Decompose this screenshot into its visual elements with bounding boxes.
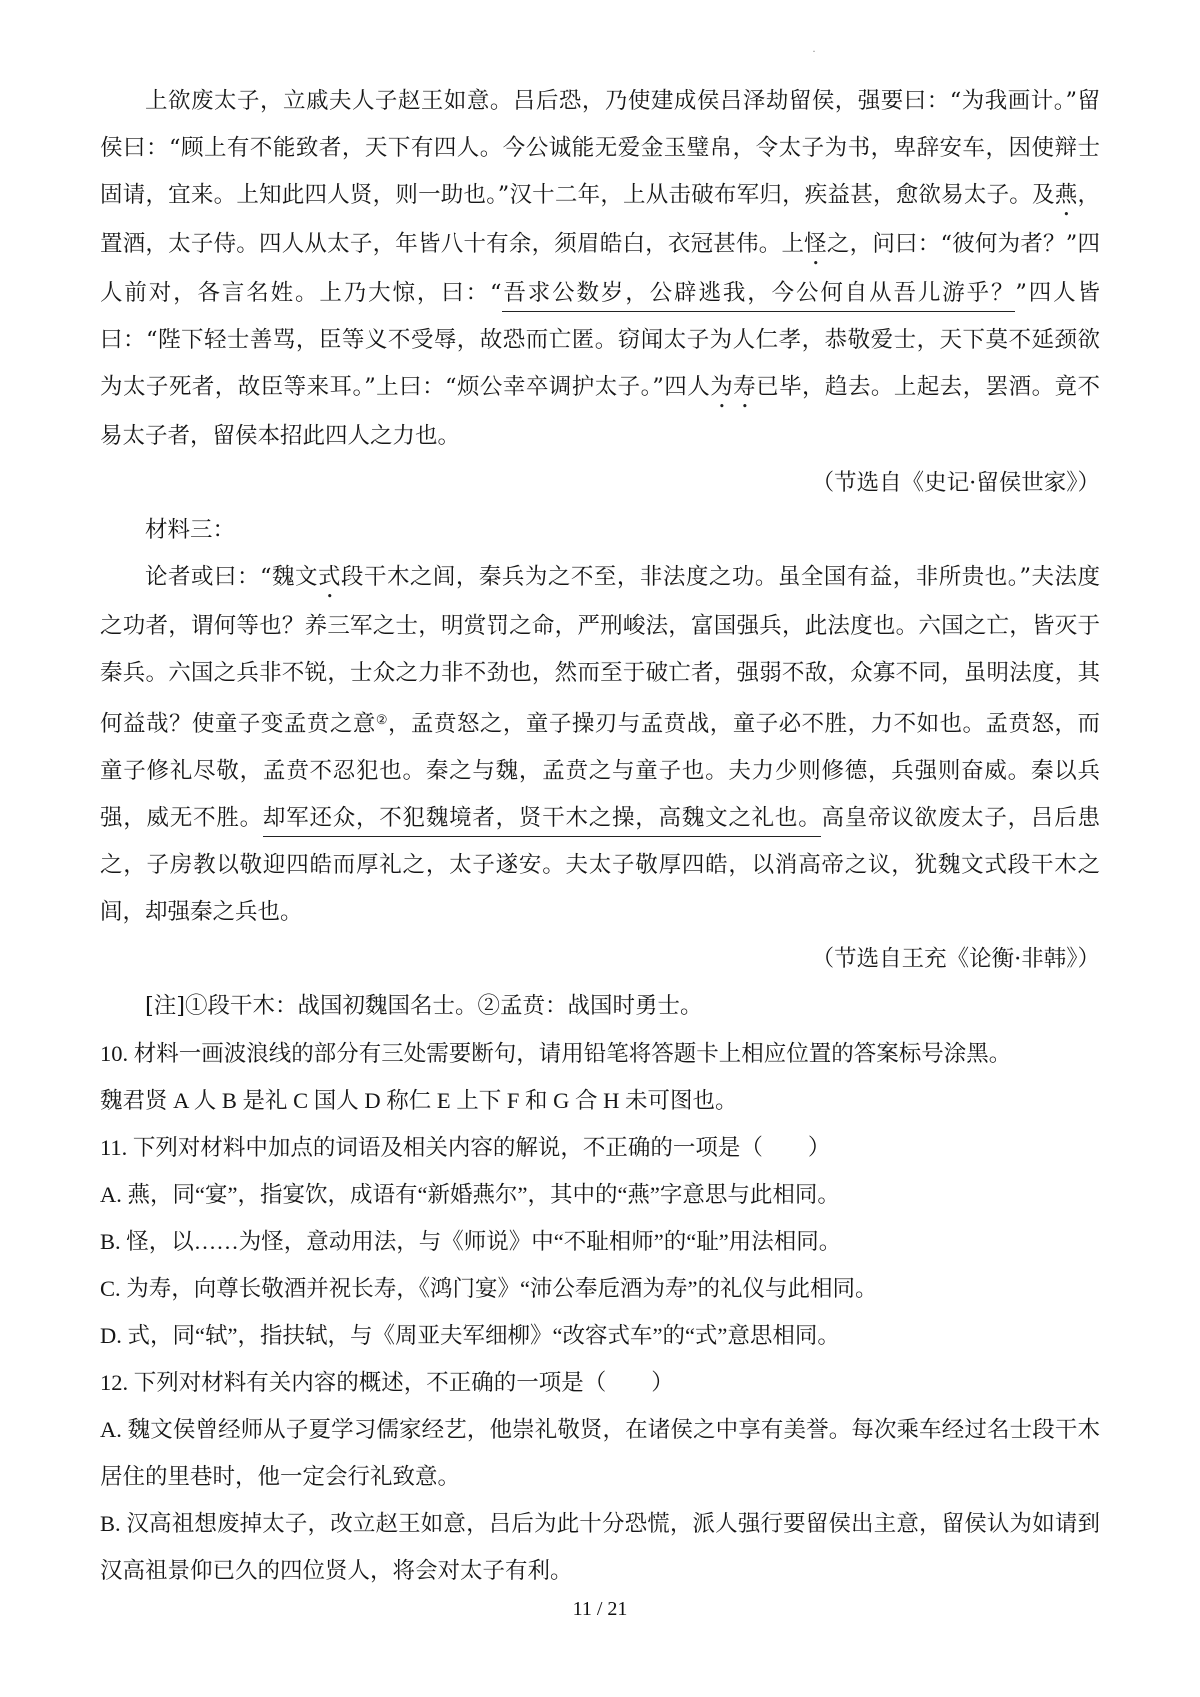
text-run: A. 魏文侯曾经师从子夏学习儒家经艺，他崇礼敬贤，在诸侯之中享有美誉。每次乘车经… [100, 1417, 1100, 1489]
exam-page: · 上欲废太子，立戚夫人子赵王如意。吕后恐，乃使建成侯吕泽劫留侯，强要曰：“为我… [0, 0, 1200, 1697]
emphasized-word: 式 [318, 564, 341, 590]
option-line: B. 怪，以……为怪，意动用法，与《师说》中“不耻相师”的“耻”用法相同。 [100, 1218, 1100, 1265]
option-line: A. 魏文侯曾经师从子夏学习儒家经艺，他崇礼敬贤，在诸侯之中享有美誉。每次乘车经… [100, 1406, 1100, 1500]
material-heading: 材料三： [100, 507, 1100, 554]
passage-paragraph: 论者或曰：“魏文式段干木之闾，秦兵为之不至，非法度之功。虽全国有益，非所贵也。”… [100, 554, 1100, 936]
option-line: A. 燕，同“宴”，指宴饮，成语有“新婚燕尔”，其中的“燕”字意思与此相同。 [100, 1171, 1100, 1218]
text-run: B. 汉高祖想废掉太子，改立赵王如意，吕后为此十分恐慌，派人强行要留侯出主意，留… [100, 1511, 1100, 1583]
question-stem: 10. 材料一画波浪线的部分有三处需要断句，请用铅笔将答题卡上相应位置的答案标号… [100, 1030, 1100, 1077]
text-run: D. 式，同“轼”，指扶轼，与《周亚夫军细柳》“改容式车”的“式”意思相同。 [100, 1323, 840, 1348]
text-run: 上欲废太子，立戚夫人子赵王如意。吕后恐，乃使建成侯吕泽劫留侯，强要曰：“为我画计… [100, 88, 1100, 208]
text-run: 10. 材料一画波浪线的部分有三处需要断句，请用铅笔将答题卡上相应位置的答案标号… [100, 1041, 1011, 1066]
question-stem: 11. 下列对材料中加点的词语及相关内容的解说，不正确的一项是（ ） [100, 1124, 1100, 1171]
text-run: 11. 下列对材料中加点的词语及相关内容的解说，不正确的一项是（ ） [100, 1135, 830, 1160]
text-run: A. 燕，同“宴”，指宴饮，成语有“新婚燕尔”，其中的“燕”字意思与此相同。 [100, 1182, 840, 1207]
text-run: B. 怪，以……为怪，意动用法，与《师说》中“不耻相师”的“耻”用法相同。 [100, 1229, 841, 1254]
text-run: （节选自王充《论衡·非韩》） [812, 946, 1100, 972]
text-run: 材料三： [145, 517, 235, 543]
source-citation: （节选自王充《论衡·非韩》） [100, 936, 1100, 983]
emphasized-word: 怪 [804, 231, 827, 257]
passage-paragraph: 上欲废太子，立戚夫人子赵王如意。吕后恐，乃使建成侯吕泽劫留侯，强要曰：“为我画计… [100, 78, 1100, 460]
text-run: 12. 下列对材料有关内容的概述，不正确的一项是（ ） [100, 1370, 674, 1395]
underlined-text: 吾求公数岁，公辟逃我，今公何自从吾儿游乎？ [502, 280, 1016, 312]
page-number: 11 / 21 [0, 1598, 1200, 1621]
question-stem: 12. 下列对材料有关内容的概述，不正确的一项是（ ） [100, 1359, 1100, 1406]
source-citation: （节选自《史记·留侯世家》） [100, 460, 1100, 507]
text-run: [注]①段干木：战国初魏国名士。②孟贲：战国时勇士。 [145, 993, 703, 1019]
underlined-text: 却军还众，不犯魏境者，贤干木之操，高魏文之礼也。 [263, 805, 822, 837]
option-line: C. 为寿，向尊长敬酒并祝长寿，《鸿门宴》“沛公奉卮酒为寿”的礼仪与此相同。 [100, 1265, 1100, 1312]
note-line: [注]①段干木：战国初魏国名士。②孟贲：战国时勇士。 [100, 983, 1100, 1030]
option-line: D. 式，同“轼”，指扶轼，与《周亚夫军细柳》“改容式车”的“式”意思相同。 [100, 1312, 1100, 1359]
emphasized-word: 为寿 [710, 374, 756, 400]
option-line: B. 汉高祖想废掉太子，改立赵王如意，吕后为此十分恐慌，派人强行要留侯出主意，留… [100, 1500, 1100, 1594]
text-run: 魏君贤 A 人 B 是礼 C 国人 D 称仁 E 上下 F 和 G 合 H 未可… [100, 1088, 738, 1113]
stray-dot-mark: · [812, 44, 816, 59]
emphasized-word: 燕 [1055, 182, 1078, 208]
text-run: 论者或曰：“魏文 [145, 564, 318, 590]
footnote-marker: ② [376, 713, 388, 728]
sentence-breaking-line: 魏君贤 A 人 B 是礼 C 国人 D 称仁 E 上下 F 和 G 合 H 未可… [100, 1077, 1100, 1124]
text-run: C. 为寿，向尊长敬酒并祝长寿，《鸿门宴》“沛公奉卮酒为寿”的礼仪与此相同。 [100, 1276, 877, 1301]
text-run: （节选自《史记·留侯世家》） [812, 470, 1100, 496]
page-content: 上欲废太子，立戚夫人子赵王如意。吕后恐，乃使建成侯吕泽劫留侯，强要曰：“为我画计… [100, 78, 1100, 1594]
